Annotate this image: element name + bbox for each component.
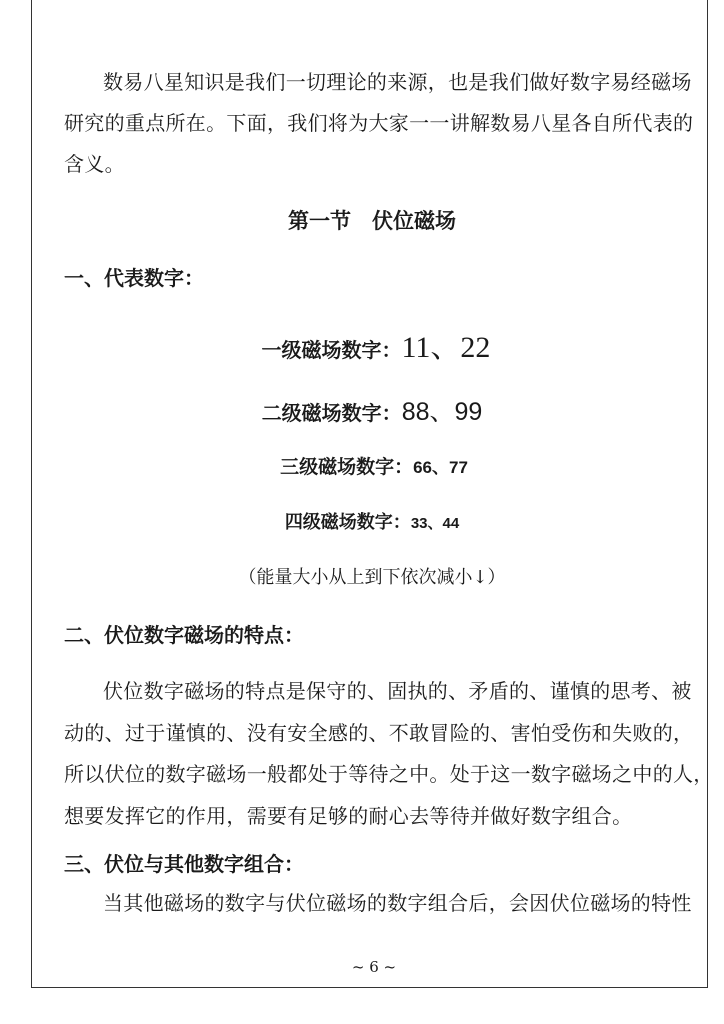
features-line-4: 想要发挥它的作用，需要有足够的耐心去等待并做好数字组合。 — [64, 800, 632, 829]
intro-line-2: 研究的重点所在。下面，我们将为大家一一讲解数易八星各自所代表的 — [64, 107, 693, 136]
level-4-numbers: 33、44 — [411, 515, 459, 532]
features-line-2: 动的、过于谨慎的、没有安全感的、不敢冒险的、害怕受伤和失败的， — [64, 717, 693, 746]
energy-note: （能量大小从上到下依次减小↓） — [0, 563, 724, 589]
level-2-numbers: 88、99 — [402, 398, 483, 426]
level-1-numbers: 11、22 — [402, 331, 491, 364]
section-title: 第一节 伏位磁场 — [0, 205, 724, 235]
level-3-row: 三级磁场数字：66、77 — [0, 452, 724, 479]
intro-line-1: 数易八星知识是我们一切理论的来源，也是我们做好数字易经磁场 — [103, 66, 692, 95]
level-3-numbers: 66、77 — [413, 458, 468, 477]
page-number: ~ 6 ~ — [0, 958, 724, 976]
features-line-3: 所以伏位的数字磁场一般都处于等待之中。处于这一数字磁场之中的人， — [64, 758, 714, 787]
heading-features: 二、伏位数字磁场的特点： — [64, 619, 304, 648]
combination-line-1: 当其他磁场的数字与伏位磁场的数字组合后，会因伏位磁场的特性 — [103, 887, 692, 916]
level-4-label: 四级磁场数字： — [285, 512, 411, 533]
level-4-row: 四级磁场数字：33、44 — [0, 508, 724, 534]
heading-representative-numbers: 一、代表数字： — [64, 262, 204, 291]
level-3-label: 三级磁场数字： — [280, 456, 413, 478]
features-line-1: 伏位数字磁场的特点是保守的、固执的、矛盾的、谨慎的思考、被 — [103, 675, 692, 704]
level-1-label: 一级磁场数字： — [262, 338, 402, 362]
page-frame — [31, 0, 708, 988]
level-1-row: 一级磁场数字：11、22 — [0, 322, 724, 366]
heading-combinations: 三、伏位与其他数字组合： — [64, 848, 304, 877]
intro-line-3: 含义。 — [64, 148, 125, 177]
level-2-row: 二级磁场数字：88、99 — [0, 392, 724, 428]
level-2-label: 二级磁场数字： — [262, 401, 402, 425]
